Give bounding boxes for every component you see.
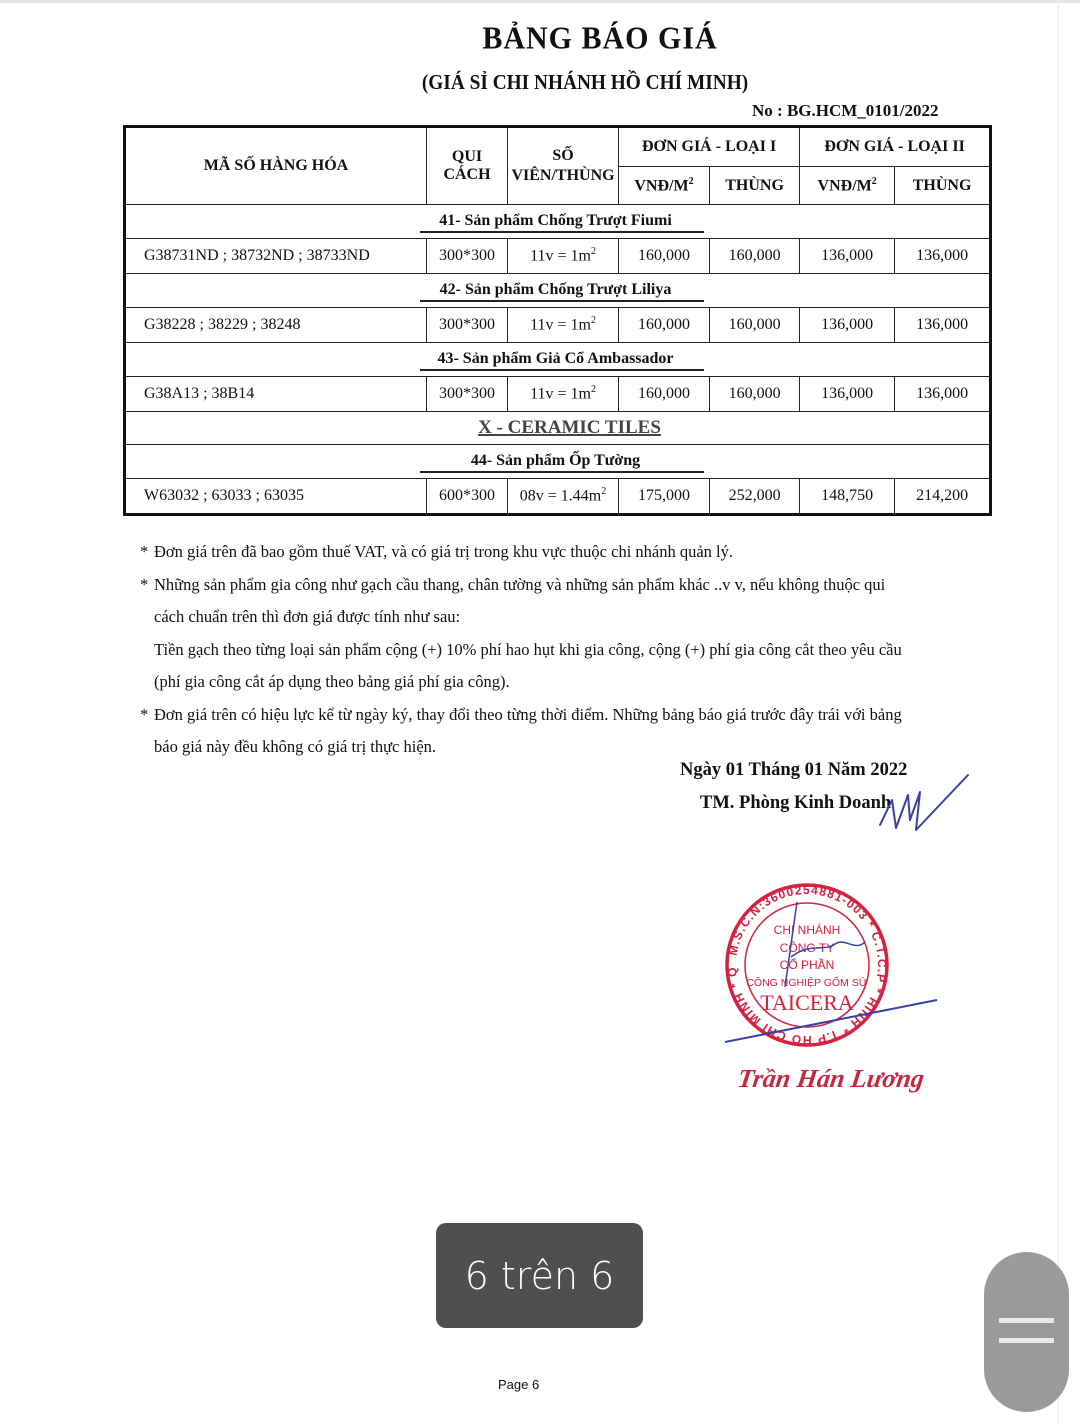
document-subtitle: (GIÁ SỈ CHI NHÁNH HỒ CHÍ MINH) — [47, 70, 1080, 95]
header-spec: QUI CÁCH — [427, 127, 508, 205]
header-grade1-per-box: THÙNG — [709, 167, 799, 205]
viewer-scroll-track — [1058, 0, 1059, 1424]
page-footer-label: Page 6 — [498, 1377, 539, 1392]
price-grade2-per-box: 136,000 — [895, 239, 991, 274]
document-title: BẢNG BÁO GIÁ — [0, 21, 1080, 57]
header-pcs-line2: VIÊN/THÙNG — [511, 167, 614, 184]
price-grade1-per-box: 160,000 — [709, 239, 799, 274]
header-pcs-line1: SỐ — [552, 147, 573, 164]
header-grade2-per-m2: VNĐ/M2 — [800, 167, 895, 205]
notes: *Đơn giá trên đã bao gồm thuế VAT, và có… — [140, 536, 990, 764]
page-indicator: 6 trên 6 — [436, 1223, 643, 1328]
section-row: X - CERAMIC TILES — [125, 412, 991, 445]
price-grade1-per-box: 160,000 — [709, 308, 799, 343]
price-grade2-per-box: 136,000 — [895, 308, 991, 343]
pieces-per-box: 11v = 1m2 — [508, 308, 619, 343]
note-line: báo giá này đều không có giá trị thực hi… — [154, 731, 990, 764]
product-spec: 300*300 — [427, 308, 508, 343]
product-group-row: 43- Sản phẩm Giả Cổ Ambassador — [125, 343, 991, 377]
document-number: No : BG.HCM_0101/2022 — [752, 101, 939, 121]
product-group-label: 44- Sản phẩm Ốp Tường — [420, 451, 704, 473]
header-price-grade-2: ĐƠN GIÁ - LOẠI II — [800, 127, 991, 167]
table-row: G38A13 ; 38B14300*30011v = 1m2160,000160… — [125, 377, 991, 412]
product-spec: 300*300 — [427, 377, 508, 412]
table-header-row: MÃ SỐ HÀNG HÓA QUI CÁCH SỐ VIÊN/THÙNG ĐƠ… — [125, 127, 991, 167]
product-group-label: 42- Sản phẩm Chống Trượt Liliya — [420, 280, 704, 302]
note-line: (phí gia công cắt áp dụng theo bảng giá … — [154, 666, 990, 699]
price-grade2-per-m2: 136,000 — [800, 308, 895, 343]
price-grade1-per-m2: 160,000 — [619, 377, 710, 412]
note-line: Tiền gạch theo từng loại sản phẩm cộng (… — [154, 634, 990, 667]
price-grade1-per-m2: 160,000 — [619, 308, 710, 343]
note-item: *Đơn giá trên có hiệu lực kể từ ngày ký,… — [140, 699, 990, 764]
note-item: *Đơn giá trên đã bao gồm thuế VAT, và có… — [140, 536, 990, 569]
product-group-label: 41- Sản phẩm Chống Trượt Fiumi — [420, 211, 704, 233]
pieces-per-box: 11v = 1m2 — [508, 239, 619, 274]
bullet-star-icon: * — [140, 699, 148, 732]
price-grade2-per-m2: 136,000 — [800, 377, 895, 412]
product-group-row: 42- Sản phẩm Chống Trượt Liliya — [125, 274, 991, 308]
product-code: G38731ND ; 38732ND ; 38733ND — [125, 239, 427, 274]
bullet-star-icon: * — [140, 536, 148, 569]
price-grade2-per-box: 136,000 — [895, 377, 991, 412]
note-line: Đơn giá trên đã bao gồm thuế VAT, và có … — [154, 536, 990, 569]
svg-text:TAICERA: TAICERA — [760, 990, 854, 1015]
product-group-row: 41- Sản phẩm Chống Trượt Fiumi — [125, 205, 991, 239]
section-label: X - CERAMIC TILES — [478, 417, 661, 438]
drag-handle-bar — [999, 1318, 1054, 1323]
product-code: G38A13 ; 38B14 — [125, 377, 427, 412]
product-code: G38228 ; 38229 ; 38248 — [125, 308, 427, 343]
note-line: cách chuẩn trên thì đơn giá được tính nh… — [154, 601, 990, 634]
product-group-label: 43- Sản phẩm Giả Cổ Ambassador — [420, 349, 704, 371]
price-grade2-per-m2: 136,000 — [800, 239, 895, 274]
price-grade2-per-box: 214,200 — [895, 479, 991, 515]
pieces-per-box: 11v = 1m2 — [508, 377, 619, 412]
table-row: G38228 ; 38229 ; 38248300*30011v = 1m216… — [125, 308, 991, 343]
price-table: MÃ SỐ HÀNG HÓA QUI CÁCH SỐ VIÊN/THÙNG ĐƠ… — [123, 125, 992, 516]
table-row: W63032 ; 63033 ; 63035600*30008v = 1.44m… — [125, 479, 991, 515]
product-code: W63032 ; 63033 ; 63035 — [125, 479, 427, 515]
header-code: MÃ SỐ HÀNG HÓA — [125, 127, 427, 205]
scroll-handle[interactable] — [984, 1252, 1069, 1412]
price-grade1-per-m2: 175,000 — [619, 479, 710, 515]
header-price-grade-1: ĐƠN GIÁ - LOẠI I — [619, 127, 800, 167]
product-group-row: 44- Sản phẩm Ốp Tường — [125, 445, 991, 479]
price-grade1-per-m2: 160,000 — [619, 239, 710, 274]
svg-text:CHI NHÁNH: CHI NHÁNH — [774, 922, 841, 937]
viewer-top-edge — [0, 0, 1080, 3]
header-grade1-per-m2: VNĐ/M2 — [619, 167, 710, 205]
bullet-star-icon: * — [140, 569, 148, 602]
price-grade1-per-box: 160,000 — [709, 377, 799, 412]
table-row: G38731ND ; 38732ND ; 38733ND300*30011v =… — [125, 239, 991, 274]
product-spec: 300*300 — [427, 239, 508, 274]
header-pieces-per-box: SỐ VIÊN/THÙNG — [508, 127, 619, 205]
product-spec: 600*300 — [427, 479, 508, 515]
pieces-per-box: 08v = 1.44m2 — [508, 479, 619, 515]
drag-handle-bar — [999, 1338, 1054, 1343]
signer-name: Trần Hán Lương — [736, 1064, 926, 1094]
price-grade2-per-m2: 148,750 — [800, 479, 895, 515]
price-grade1-per-box: 252,000 — [709, 479, 799, 515]
note-line: Đơn giá trên có hiệu lực kể từ ngày ký, … — [154, 699, 990, 732]
signature-department: TM. Phòng Kinh Doanh — [700, 793, 891, 814]
note-item: *Những sản phẩm gia công như gạch cầu th… — [140, 569, 990, 699]
note-line: Những sản phẩm gia công như gạch cầu tha… — [154, 569, 990, 602]
company-stamp-icon: M.S.C.N:3600254881-003 * C.T.C.P * HINH … — [715, 882, 940, 1062]
handwritten-signature-icon — [870, 770, 980, 840]
svg-text:CÔNG NGHIỆP GỐM SỨ: CÔNG NGHIỆP GỐM SỨ — [746, 975, 867, 989]
header-grade2-per-box: THÙNG — [895, 167, 991, 205]
